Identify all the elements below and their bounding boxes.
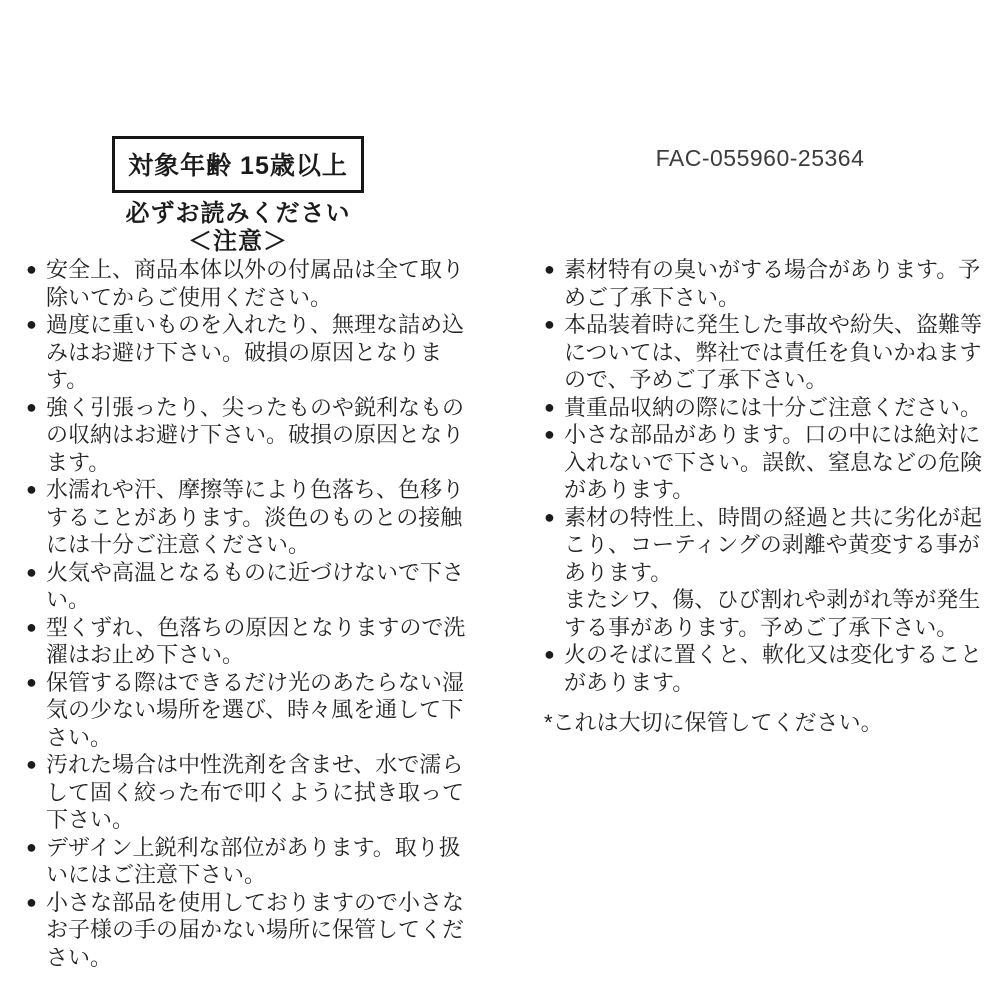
notice-list-left: ●安全上、商品本体以外の付属品は全て取り除いてからご使用ください。●過度に重いも… [26, 256, 474, 971]
notice-item: ●水濡れや汗、摩擦等により色落ち、色移りすることがあります。淡色のものとの接触に… [26, 476, 474, 559]
notice-text: 安全上、商品本体以外の付属品は全て取り除いてからご使用ください。 [46, 256, 474, 311]
notice-list-right: ●素材特有の臭いがする場合があります。予めご了承下さい。●本品装着時に発生した事… [544, 256, 992, 696]
header-block: 対象年齢 15歳以上 必ずお読みください ＜注意＞ [88, 136, 388, 255]
notice-item: ●火のそばに置くと、軟化又は変化することがあります。 [544, 641, 992, 696]
bullet-icon: ● [544, 504, 564, 532]
notice-item: ●素材の特性上、時間の経過と共に劣化が起こり、コーティングの剥離や黄変する事があ… [544, 504, 992, 642]
notice-text: 本品装着時に発生した事故や紛失、盗難等については、弊社では責任を負いかねますので… [564, 311, 992, 394]
notice-item: ●貴重品収納の際には十分ご注意ください。 [544, 394, 992, 422]
notice-text: 型くずれ、色落ちの原因となりますので洗濯はお止め下さい。 [46, 614, 474, 669]
bullet-icon: ● [26, 669, 46, 697]
notice-paragraph: 火気や高温となるものに近づけないで下さい。 [46, 559, 474, 614]
notice-text: 素材特有の臭いがする場合があります。予めご了承下さい。 [564, 256, 992, 311]
must-read-heading: 必ずお読みください [88, 201, 388, 227]
notice-paragraph: 貴重品収納の際には十分ご注意ください。 [564, 394, 992, 422]
notice-text: 強く引張ったり、尖ったものや鋭利なものの収納はお避け下さい。破損の原因となります… [46, 394, 474, 477]
notice-paragraph: 小さな部品があります。口の中には絶対に入れないで下さい。誤飲、窒息などの危険があ… [564, 421, 992, 504]
caution-heading: ＜注意＞ [88, 229, 388, 255]
notice-text: 過度に重いものを入れたり、無理な詰め込みはお避け下さい。破損の原因となります。 [46, 311, 474, 394]
notice-text: 火気や高温となるものに近づけないで下さい。 [46, 559, 474, 614]
notice-text: 貴重品収納の際には十分ご注意ください。 [564, 394, 992, 422]
notice-paragraph: 火のそばに置くと、軟化又は変化することがあります。 [564, 641, 992, 696]
notice-paragraph: 型くずれ、色落ちの原因となりますので洗濯はお止め下さい。 [46, 614, 474, 669]
notices-column-right: ●素材特有の臭いがする場合があります。予めご了承下さい。●本品装着時に発生した事… [544, 256, 992, 737]
bullet-icon: ● [544, 311, 564, 339]
notice-text: デザイン上鋭利な部位があります。取り扱いにはご注意下さい。 [46, 834, 474, 889]
notice-paragraph: 素材特有の臭いがする場合があります。予めご了承下さい。 [564, 256, 992, 311]
bullet-icon: ● [26, 394, 46, 422]
bullet-icon: ● [544, 421, 564, 449]
age-restriction-label: 対象年齢 15歳以上 [128, 152, 348, 180]
bullet-icon: ● [26, 889, 46, 917]
bullet-icon: ● [544, 256, 564, 284]
notice-paragraph: 過度に重いものを入れたり、無理な詰め込みはお避け下さい。破損の原因となります。 [46, 311, 474, 394]
bullet-icon: ● [26, 256, 46, 284]
notice-item: ●火気や高温となるものに近づけないで下さい。 [26, 559, 474, 614]
notices-column-left: ●安全上、商品本体以外の付属品は全て取り除いてからご使用ください。●過度に重いも… [26, 256, 474, 971]
bullet-icon: ● [26, 559, 46, 587]
notice-item: ●小さな部品を使用しておりますので小さなお子様の手の届かない場所に保管してくださ… [26, 889, 474, 972]
notice-text: 水濡れや汗、摩擦等により色落ち、色移りすることがあります。淡色のものとの接触には… [46, 476, 474, 559]
notice-paragraph: 汚れた場合は中性洗剤を含ませ、水で濡らして固く絞った布で叩くように拭き取って下さ… [46, 751, 474, 834]
notice-item: ●型くずれ、色落ちの原因となりますので洗濯はお止め下さい。 [26, 614, 474, 669]
bullet-icon: ● [26, 476, 46, 504]
notice-item: ●本品装着時に発生した事故や紛失、盗難等については、弊社では責任を負いかねますの… [544, 311, 992, 394]
notice-item: ●素材特有の臭いがする場合があります。予めご了承下さい。 [544, 256, 992, 311]
bullet-icon: ● [544, 394, 564, 422]
age-restriction-box: 対象年齢 15歳以上 [112, 136, 364, 193]
notice-text: 小さな部品があります。口の中には絶対に入れないで下さい。誤飲、窒息などの危険があ… [564, 421, 992, 504]
notice-paragraph: 素材の特性上、時間の経過と共に劣化が起こり、コーティングの剥離や黄変する事があり… [564, 504, 992, 587]
notice-text: 小さな部品を使用しておりますので小さなお子様の手の届かない場所に保管してください… [46, 889, 474, 972]
care-label-sheet: 対象年齢 15歳以上 必ずお読みください ＜注意＞ FAC-055960-253… [0, 0, 1000, 1000]
notice-paragraph: 保管する際はできるだけ光のあたらない湿気の少ない場所を選び、時々風を通して下さい… [46, 669, 474, 752]
bullet-icon: ● [26, 614, 46, 642]
notice-text: 素材の特性上、時間の経過と共に劣化が起こり、コーティングの剥離や黄変する事があり… [564, 504, 992, 642]
notice-paragraph: 水濡れや汗、摩擦等により色落ち、色移りすることがあります。淡色のものとの接触には… [46, 476, 474, 559]
notice-paragraph: 強く引張ったり、尖ったものや鋭利なものの収納はお避け下さい。破損の原因となります… [46, 394, 474, 477]
notice-paragraph: またシワ、傷、ひび割れや剥がれ等が発生する事があります。予めご了承下さい。 [564, 586, 992, 641]
bullet-icon: ● [26, 311, 46, 339]
notice-paragraph: 安全上、商品本体以外の付属品は全て取り除いてからご使用ください。 [46, 256, 474, 311]
product-code: FAC-055960-25364 [610, 145, 910, 172]
notice-item: ●保管する際はできるだけ光のあたらない湿気の少ない場所を選び、時々風を通して下さ… [26, 669, 474, 752]
notice-text: 汚れた場合は中性洗剤を含ませ、水で濡らして固く絞った布で叩くように拭き取って下さ… [46, 751, 474, 834]
notice-paragraph: デザイン上鋭利な部位があります。取り扱いにはご注意下さい。 [46, 834, 474, 889]
notice-item: ●デザイン上鋭利な部位があります。取り扱いにはご注意下さい。 [26, 834, 474, 889]
bullet-icon: ● [26, 834, 46, 862]
notice-text: 保管する際はできるだけ光のあたらない湿気の少ない場所を選び、時々風を通して下さい… [46, 669, 474, 752]
notice-item: ●過度に重いものを入れたり、無理な詰め込みはお避け下さい。破損の原因となります。 [26, 311, 474, 394]
notice-item: ●強く引張ったり、尖ったものや鋭利なものの収納はお避け下さい。破損の原因となりま… [26, 394, 474, 477]
notice-item: ●安全上、商品本体以外の付属品は全て取り除いてからご使用ください。 [26, 256, 474, 311]
bullet-icon: ● [544, 641, 564, 669]
notice-item: ●汚れた場合は中性洗剤を含ませ、水で濡らして固く絞った布で叩くように拭き取って下… [26, 751, 474, 834]
notice-text: 火のそばに置くと、軟化又は変化することがあります。 [564, 641, 992, 696]
bullet-icon: ● [26, 751, 46, 779]
notice-paragraph: 本品装着時に発生した事故や紛失、盗難等については、弊社では責任を負いかねますので… [564, 311, 992, 394]
notice-item: ●小さな部品があります。口の中には絶対に入れないで下さい。誤飲、窒息などの危険が… [544, 421, 992, 504]
notice-paragraph: 小さな部品を使用しておりますので小さなお子様の手の届かない場所に保管してください… [46, 889, 474, 972]
storage-footnote: *これは大切に保管してください。 [544, 709, 992, 737]
